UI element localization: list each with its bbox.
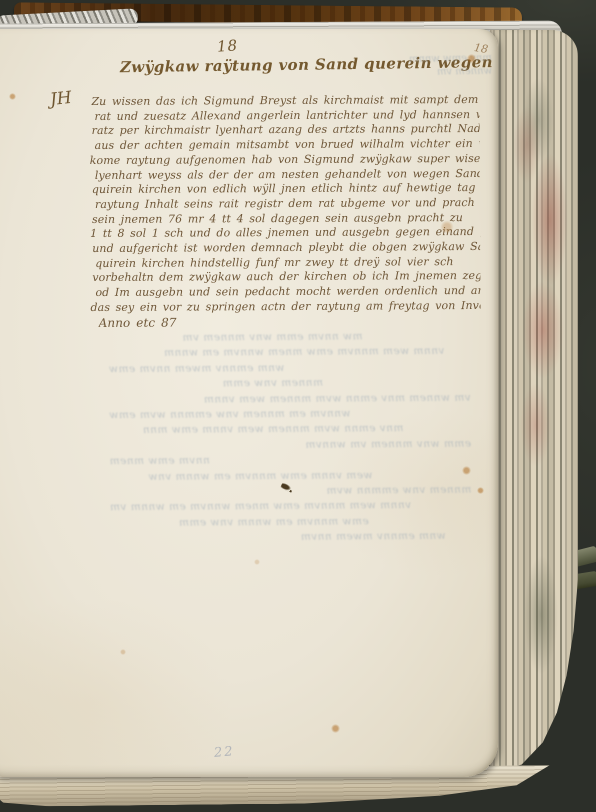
manuscript-line: kome raytung aufgenomen hab von Sigmund … <box>90 152 480 169</box>
chapter-number: 18 <box>216 36 238 55</box>
foxing-spot <box>462 466 471 475</box>
foxing-spot <box>120 649 126 655</box>
foxing-spot <box>477 487 484 494</box>
foxing-spot <box>467 54 476 63</box>
showthrough-line: wnm emnnv mwem nnvm <box>76 529 472 547</box>
manuscript-line-anno-date: Anno etc 87 <box>99 314 481 331</box>
verso-showthrough-text: mw nnvm emm wnv mnnem vm vnnm wem mnnvm … <box>74 329 471 547</box>
margin-initials: JH <box>49 88 73 110</box>
showthrough-line: vnnm wem mnnvm emw mnem wnnvm em wnnm <box>74 344 470 362</box>
manuscript-line: und aufgericht ist worden demnach pleybt… <box>92 240 480 257</box>
foxing-spot <box>9 93 16 100</box>
manuscript-line: raytung Inhalt seins rait registr dem ra… <box>95 196 480 213</box>
showthrough-line: vm wnnem mnv emnn wvm mnnem wem vnnm <box>75 390 471 408</box>
manuscript-photo: 18 Zwÿgkaw raÿtung von Sand querein wege… <box>0 0 596 812</box>
showthrough-line: wnnem vm <box>342 65 492 81</box>
manuscript-line: Zu wissen das ich Sigmund Breyst als kir… <box>91 93 479 110</box>
manuscript-body-text: Zu wissen das ich Sigmund Breyst als kir… <box>91 93 480 330</box>
showthrough-line: emm wnv mnnem vm wnnvm <box>75 436 471 454</box>
foxing-spot <box>254 559 260 565</box>
manuscript-page: 18 Zwÿgkaw raÿtung von Sand querein wege… <box>0 29 498 777</box>
pencil-folio-number: 22 <box>213 744 235 761</box>
foxing-spot <box>440 221 454 233</box>
fore-edge-page-stack <box>490 30 578 772</box>
manuscript-line: das sey ein vor zu springen actn der ray… <box>90 299 480 316</box>
foxing-spot <box>331 724 340 733</box>
